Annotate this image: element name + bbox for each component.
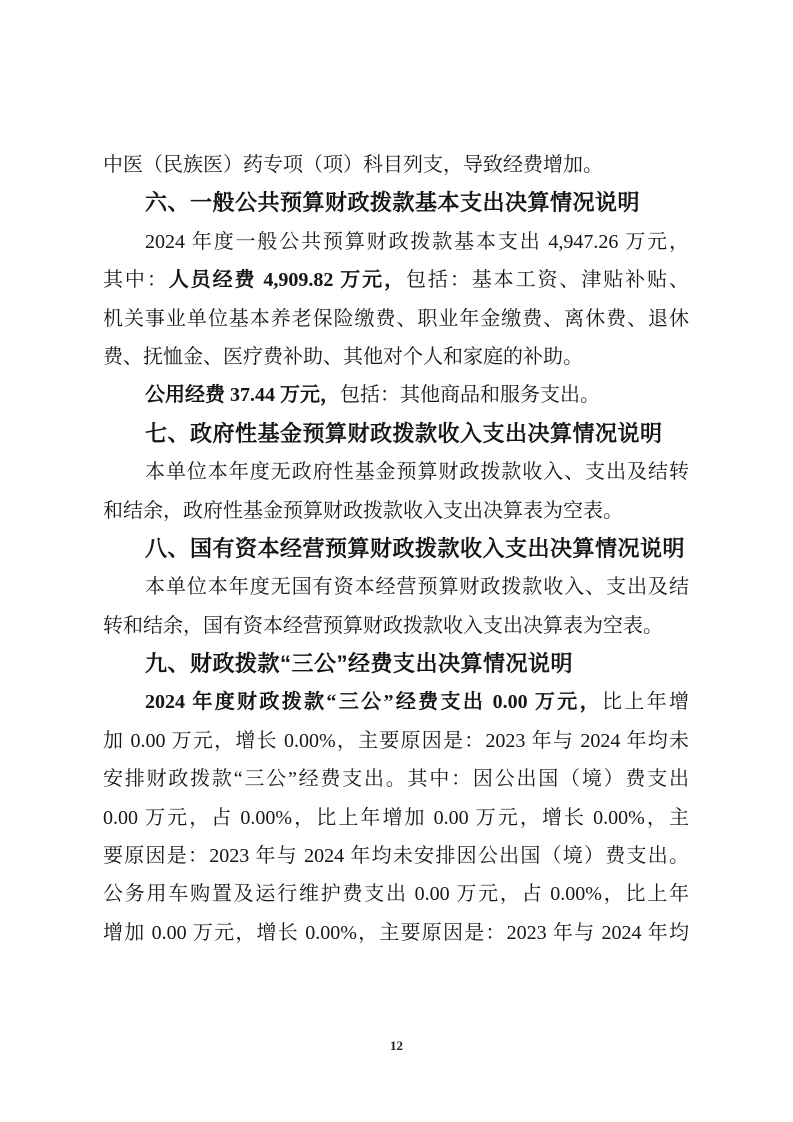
text-run: 加 0.00 万元，增长 0.00%，主要原因是：2023 年与 2024 年均… <box>103 730 689 752</box>
body-line: 本单位本年度无国有资本经营预算财政拨款收入、支出及结 <box>103 568 689 606</box>
text-run: 其中： <box>103 269 169 291</box>
text-run: 2024 年度一般公共预算财政拨款基本支出 4,947.26 万元， <box>145 231 689 253</box>
body-line: 转和结余，国有资本经营预算财政拨款收入支出决算表为空表。 <box>103 607 689 645</box>
bold-text-run: 七、政府性基金预算财政拨款收入支出决算情况说明 <box>145 421 663 446</box>
text-run: 机关事业单位基本养老保险缴费、职业年金缴费、离休费、退休 <box>103 308 689 330</box>
body-line: 公务用车购置及运行维护费支出 0.00 万元，占 0.00%，比上年 <box>103 875 689 913</box>
body-line: 费、抚恤金、医疗费补助、其他对个人和家庭的补助。 <box>103 338 689 376</box>
text-run: 本单位本年度无国有资本经营预算财政拨款收入、支出及结 <box>145 576 689 598</box>
text-run: 和结余，政府性基金预算财政拨款收入支出决算表为空表。 <box>103 500 623 522</box>
text-run: 公务用车购置及运行维护费支出 0.00 万元，占 0.00%，比上年 <box>103 883 689 905</box>
bold-text-run: 六、一般公共预算财政拨款基本支出决算情况说明 <box>145 190 640 215</box>
body-line: 要原因是：2023 年与 2024 年均未安排因公出国（境）费支出。 <box>103 837 689 875</box>
text-run: 费、抚恤金、医疗费补助、其他对个人和家庭的补助。 <box>103 346 583 368</box>
bold-text-run: 八、国有资本经营预算财政拨款收入支出决算情况说明 <box>145 536 685 561</box>
bold-text-run: 九、财政拨款“三公”经费支出决算情况说明 <box>145 651 573 676</box>
body-line: 0.00 万元，占 0.00%，比上年增加 0.00 万元，增长 0.00%，主 <box>103 799 689 837</box>
body-line: 其中：人员经费 4,909.82 万元，包括：基本工资、津贴补贴、 <box>103 261 689 299</box>
body-line: 2024 年度一般公共预算财政拨款基本支出 4,947.26 万元， <box>103 223 689 261</box>
text-run: 比上年增 <box>602 691 689 713</box>
body-line: 中医（民族医）药专项（项）科目列支，导致经费增加。 <box>103 146 689 184</box>
section-heading-9: 九、财政拨款“三公”经费支出决算情况说明 <box>103 645 689 683</box>
text-run: 转和结余，国有资本经营预算财政拨款收入支出决算表为空表。 <box>103 615 663 637</box>
bold-text-run: 2024 年度财政拨款“三公”经费支出 0.00 万元， <box>145 691 602 713</box>
page-number: 12 <box>0 1038 793 1054</box>
body-line: 机关事业单位基本养老保险缴费、职业年金缴费、离休费、退休 <box>103 300 689 338</box>
section-heading-6: 六、一般公共预算财政拨款基本支出决算情况说明 <box>103 184 689 222</box>
bold-text-run: 公用经费 37.44 万元， <box>145 384 340 406</box>
body-line: 本单位本年度无政府性基金预算财政拨款收入、支出及结转 <box>103 453 689 491</box>
text-run: 包括：其他商品和服务支出。 <box>340 384 600 406</box>
body-line: 和结余，政府性基金预算财政拨款收入支出决算表为空表。 <box>103 492 689 530</box>
document-body: 中医（民族医）药专项（项）科目列支，导致经费增加。六、一般公共预算财政拨款基本支… <box>103 146 689 952</box>
section-heading-7: 七、政府性基金预算财政拨款收入支出决算情况说明 <box>103 415 689 453</box>
text-run: 0.00 万元，占 0.00%，比上年增加 0.00 万元，增长 0.00%，主 <box>103 807 689 829</box>
text-run: 包括：基本工资、津贴补贴、 <box>406 269 689 291</box>
section-heading-8: 八、国有资本经营预算财政拨款收入支出决算情况说明 <box>103 530 689 568</box>
text-run: 安排财政拨款“三公”经费支出。其中：因公出国（境）费支出 <box>103 768 689 790</box>
text-run: 本单位本年度无政府性基金预算财政拨款收入、支出及结转 <box>145 461 689 483</box>
text-run: 要原因是：2023 年与 2024 年均未安排因公出国（境）费支出。 <box>103 845 689 867</box>
document-page: 中医（民族医）药专项（项）科目列支，导致经费增加。六、一般公共预算财政拨款基本支… <box>0 0 793 1122</box>
body-line: 安排财政拨款“三公”经费支出。其中：因公出国（境）费支出 <box>103 760 689 798</box>
text-run: 中医（民族医）药专项（项）科目列支，导致经费增加。 <box>103 154 603 176</box>
text-run: 增加 0.00 万元，增长 0.00%，主要原因是：2023 年与 2024 年… <box>103 922 689 944</box>
body-line: 增加 0.00 万元，增长 0.00%，主要原因是：2023 年与 2024 年… <box>103 914 689 952</box>
bold-text-run: 人员经费 4,909.82 万元， <box>169 269 406 291</box>
body-line: 加 0.00 万元，增长 0.00%，主要原因是：2023 年与 2024 年均… <box>103 722 689 760</box>
body-line: 2024 年度财政拨款“三公”经费支出 0.00 万元，比上年增 <box>103 683 689 721</box>
body-line: 公用经费 37.44 万元，包括：其他商品和服务支出。 <box>103 376 689 414</box>
